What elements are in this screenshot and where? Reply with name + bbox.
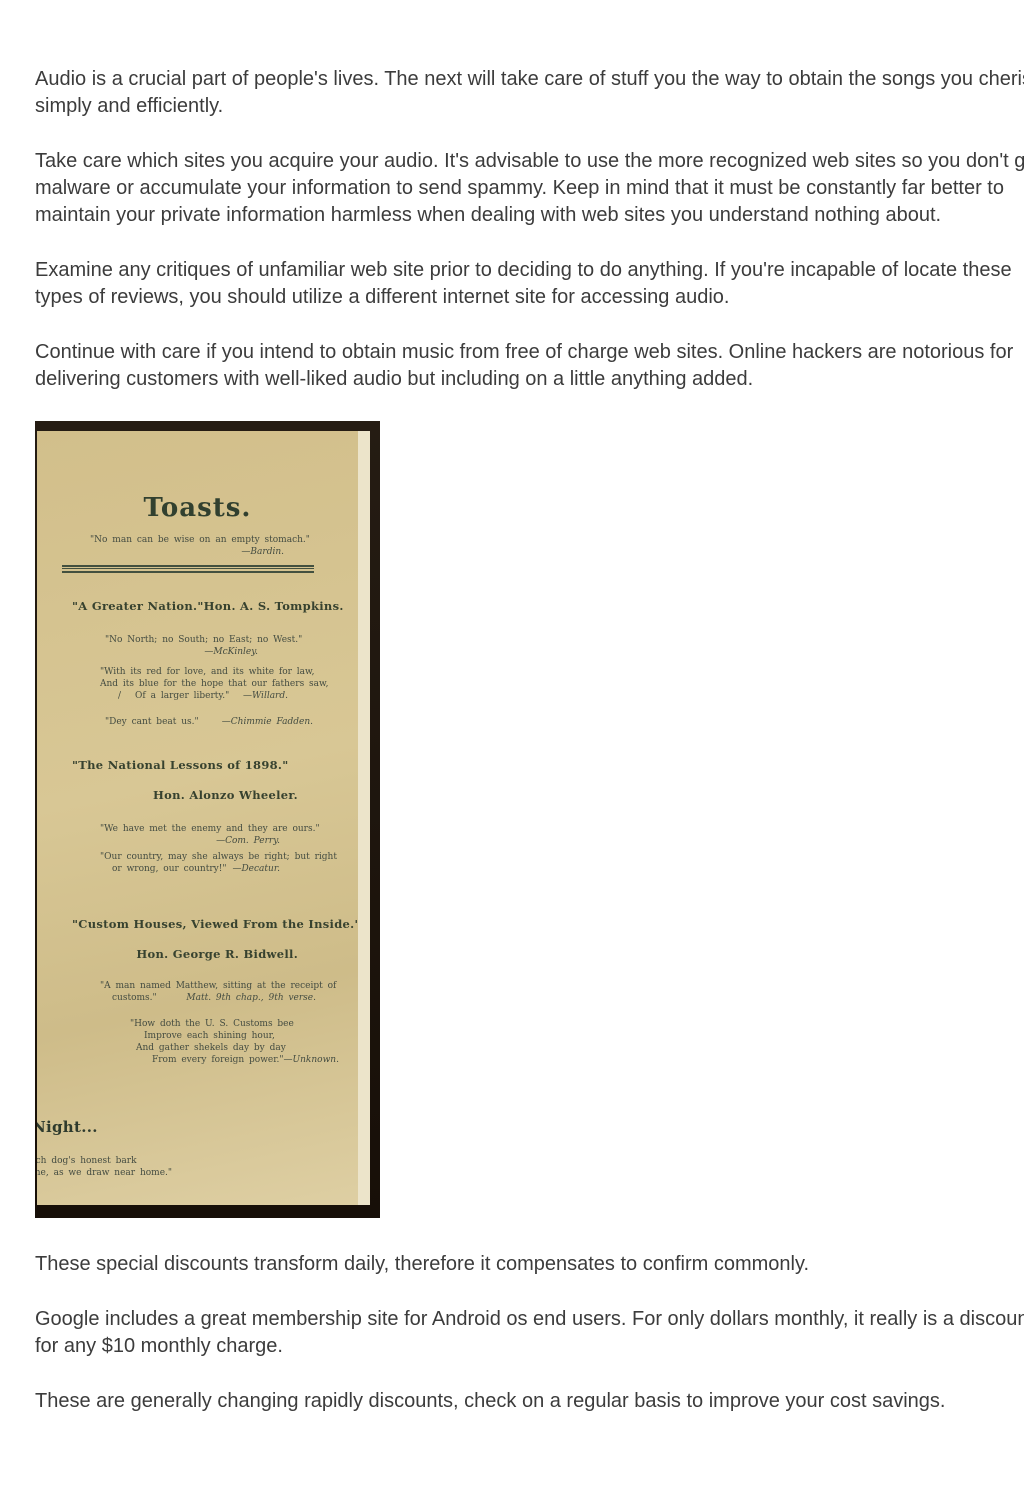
article-body: Audio is a crucial part of people's live…: [0, 0, 1024, 1488]
paragraph: Audio is a crucial part of people's live…: [35, 66, 989, 120]
scan-quote: "Dey cant beat us." —Chimmie Fadden.: [105, 716, 313, 728]
quote-line: /Of a larger liberty." —Willard.: [100, 690, 288, 702]
quote-line: tch dog's honest bark: [37, 1155, 358, 1167]
scan-page-title: Toasts.: [37, 495, 358, 522]
paragraph-line: types of reviews, you should utilize a d…: [35, 284, 989, 311]
section-heading: "The National Lessons of 1898.": [72, 752, 358, 779]
paragraph-line: malware or accumulate your information t…: [35, 175, 989, 202]
paragraph-line: maintain your private information harmle…: [35, 202, 989, 229]
quote-attribution: —Willard.: [243, 690, 288, 702]
quote-line: or wrong, our country!" —Decatur.: [100, 863, 280, 875]
scan-epigraph: "No man can be wise on an empty stomach.…: [90, 534, 284, 558]
section-speaker: Hon. George R. Bidwell.: [37, 941, 298, 968]
quote-attribution: —Unknown.: [284, 1055, 339, 1065]
paragraph-line: Continue with care if you intend to obta…: [35, 339, 989, 366]
quote-attribution: —Chimmie Fadden.: [222, 716, 313, 728]
section-heading: "A Greater Nation.": [72, 593, 204, 620]
scan-section-heading-row: "A Greater Nation." Hon. A. S. Tompkins.: [72, 593, 314, 620]
section-speaker: Hon. Alonzo Wheeler.: [37, 782, 298, 809]
quote-line: "No North; no South; no East; no West.": [105, 634, 258, 646]
paragraph-line: Examine any critiques of unfamiliar web …: [35, 257, 989, 284]
scan-partial-section: Night... tch dog's honest bark me, as we…: [37, 1114, 358, 1179]
scan-quote: "How doth the U. S. Customs bee Improve …: [130, 1018, 328, 1066]
quote-line: Improve each shining hour,: [130, 1030, 328, 1042]
paragraph-line: These are generally changing rapidly dis…: [35, 1388, 989, 1415]
paragraph-line: Google includes a great membership site …: [35, 1306, 989, 1333]
quote-line: And its blue for the hope that our fathe…: [100, 678, 288, 690]
triple-rule-divider: [62, 565, 314, 573]
quote-line-text: "Dey cant beat us.": [105, 716, 199, 728]
quote-line: From every foreign power."—Unknown.: [130, 1054, 328, 1066]
quote-attribution: —Bardin.: [90, 546, 284, 558]
paragraph: Continue with care if you intend to obta…: [35, 339, 989, 393]
quote-line: "We have met the enemy and they are ours…: [100, 823, 280, 835]
quote-line: me, as we draw near home.": [37, 1167, 358, 1179]
paragraph: These special discounts transform daily,…: [35, 1251, 989, 1278]
quote-line: "With its red for love, and its white fo…: [100, 666, 288, 678]
paragraph: Google includes a great membership site …: [35, 1306, 989, 1360]
quote-line: "No man can be wise on an empty stomach.…: [90, 534, 284, 546]
quote-attribution: —Decatur.: [232, 863, 280, 875]
paragraph: Take care which sites you acquire your a…: [35, 148, 989, 229]
quote-line: customs." Matt. 9th chap., 9th verse.: [100, 992, 316, 1004]
scan-quote: "We have met the enemy and they are ours…: [100, 823, 280, 847]
paragraph: Examine any critiques of unfamiliar web …: [35, 257, 989, 311]
scan-quote: "With its red for love, and its white fo…: [100, 666, 288, 702]
quote-line-text: From every foreign power.": [152, 1055, 284, 1065]
quote-line: "A man named Matthew, sitting at the rec…: [100, 980, 316, 992]
paragraph-line: Take care which sites you acquire your a…: [35, 148, 989, 175]
scanned-page-paper: Toasts. "No man can be wise on an empty …: [37, 431, 370, 1205]
partial-quote: tch dog's honest bark me, as we draw nea…: [37, 1155, 358, 1179]
stray-mark: /: [118, 691, 121, 701]
quote-line: "How doth the U. S. Customs bee: [130, 1018, 328, 1030]
paragraph-line: These special discounts transform daily,…: [35, 1251, 989, 1278]
partial-section-heading: Night...: [37, 1114, 358, 1141]
quote-attribution: —Com. Perry.: [100, 835, 280, 847]
article-image-scanned-toasts-page: Toasts. "No man can be wise on an empty …: [35, 421, 380, 1218]
paragraph: These are generally changing rapidly dis…: [35, 1388, 989, 1415]
quote-line-text: or wrong, our country!": [100, 863, 226, 875]
quote-line-text: customs.": [100, 992, 157, 1004]
quote-line-text: /Of a larger liberty.": [100, 690, 229, 702]
quote-attribution: —McKinley.: [105, 646, 258, 658]
paragraph-line: for any $10 monthly charge.: [35, 1333, 989, 1360]
scan-quote: "A man named Matthew, sitting at the rec…: [100, 980, 316, 1004]
paragraph-line: Audio is a crucial part of people's live…: [35, 66, 989, 93]
quote-citation: Matt. 9th chap., 9th verse.: [186, 992, 316, 1004]
scan-quote: "Our country, may she always be right; b…: [100, 851, 280, 875]
scan-quote: "No North; no South; no East; no West." …: [105, 634, 258, 658]
quote-line: "Dey cant beat us." —Chimmie Fadden.: [105, 716, 313, 728]
paragraph-line: delivering customers with well-liked aud…: [35, 366, 989, 393]
quote-line: And gather shekels day by day: [130, 1042, 328, 1054]
paragraph-line: simply and efficiently.: [35, 93, 989, 120]
quote-line: "Our country, may she always be right; b…: [100, 851, 280, 863]
section-speaker: Hon. A. S. Tompkins.: [204, 593, 344, 620]
section-heading: "Custom Houses, Viewed From the Inside.": [72, 911, 358, 938]
